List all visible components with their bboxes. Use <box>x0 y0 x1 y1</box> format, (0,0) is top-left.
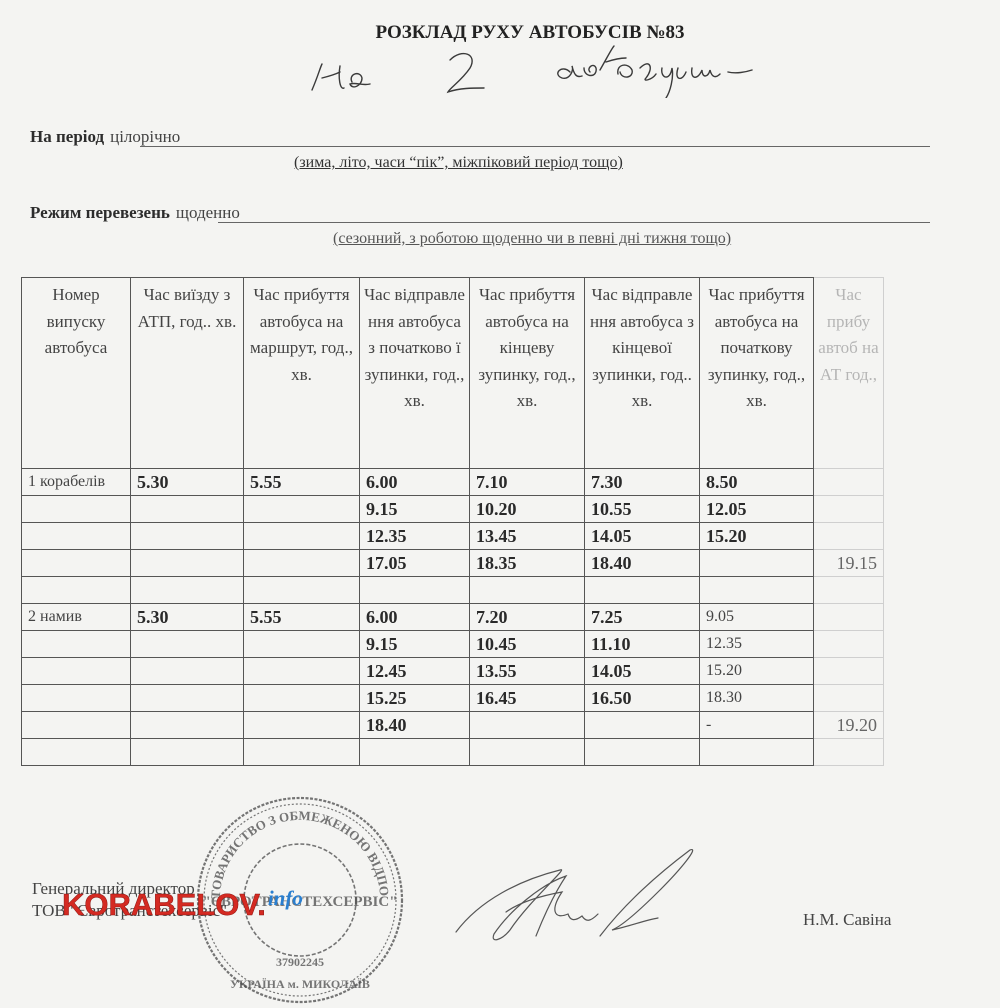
cell-terminal-departure: 16.50 <box>585 685 700 712</box>
cell-bus-number <box>22 712 131 739</box>
stamp-bottom-text: УКРАЇНА м. МИКОЛАЇВ <box>230 977 370 991</box>
watermark-brand: KORABELOV. <box>62 887 266 922</box>
cell-depot-arrival <box>814 658 884 685</box>
cell-route-arrival: 5.55 <box>244 604 360 631</box>
cell-terminal-departure: 11.10 <box>585 631 700 658</box>
signature-scribble-icon <box>450 840 720 950</box>
cell-start-departure <box>360 739 470 766</box>
table-row: 15.2516.4516.5018.30 <box>22 685 884 712</box>
table-row <box>22 577 884 604</box>
cell-start-arrival <box>700 577 814 604</box>
cell-route-arrival <box>244 658 360 685</box>
cell-depot-departure <box>131 685 244 712</box>
cell-route-arrival <box>244 550 360 577</box>
cell-terminal-arrival <box>470 739 585 766</box>
cell-depot-departure <box>131 712 244 739</box>
cell-route-arrival <box>244 577 360 604</box>
cell-depot-arrival <box>814 685 884 712</box>
cell-depot-departure: 5.30 <box>131 604 244 631</box>
period-field: На періодцілорічно <box>30 127 180 147</box>
cell-terminal-departure: 7.30 <box>585 469 700 496</box>
cell-depot-departure <box>131 496 244 523</box>
cell-terminal-arrival: 7.10 <box>470 469 585 496</box>
cell-start-departure <box>360 577 470 604</box>
cell-start-departure: 12.45 <box>360 658 470 685</box>
cell-start-departure: 6.00 <box>360 604 470 631</box>
cell-depot-departure <box>131 658 244 685</box>
table-header-row: Номер випуску автобуса Час виїзду з АТП,… <box>22 278 884 469</box>
table-row: 12.4513.5514.0515.20 <box>22 658 884 685</box>
cell-bus-number <box>22 658 131 685</box>
cell-terminal-arrival: 13.55 <box>470 658 585 685</box>
schedule-table: Номер випуску автобуса Час виїзду з АТП,… <box>21 277 884 766</box>
cell-depot-arrival <box>814 469 884 496</box>
handwritten-note <box>300 38 860 98</box>
watermark-suffix: info <box>268 886 303 910</box>
cell-terminal-arrival <box>470 712 585 739</box>
cell-bus-number <box>22 739 131 766</box>
cell-terminal-departure <box>585 577 700 604</box>
cell-start-departure: 18.40 <box>360 712 470 739</box>
cell-terminal-departure: 7.25 <box>585 604 700 631</box>
cell-start-arrival: 12.35 <box>700 631 814 658</box>
cell-start-arrival: 18.30 <box>700 685 814 712</box>
cell-depot-arrival <box>814 496 884 523</box>
cell-depot-departure: 5.30 <box>131 469 244 496</box>
period-label: На період <box>30 127 104 146</box>
table-row: 12.3513.4514.0515.20 <box>22 523 884 550</box>
cell-start-departure: 12.35 <box>360 523 470 550</box>
cell-depot-arrival <box>814 523 884 550</box>
cell-terminal-departure <box>585 712 700 739</box>
signer-name: Н.М. Савіна <box>803 910 891 930</box>
cell-depot-arrival <box>814 604 884 631</box>
header-terminal-departure: Час відправле ння автобуса з кінцевої зу… <box>585 278 700 469</box>
mode-field: Режим перевезеньщоденно <box>30 203 240 223</box>
cell-route-arrival: 5.55 <box>244 469 360 496</box>
cell-start-departure: 9.15 <box>360 631 470 658</box>
cell-route-arrival <box>244 631 360 658</box>
cell-bus-number: 2 намив <box>22 604 131 631</box>
table-row: 17.0518.3518.4019.15 <box>22 550 884 577</box>
cell-terminal-departure: 18.40 <box>585 550 700 577</box>
cell-route-arrival <box>244 496 360 523</box>
cell-depot-departure <box>131 739 244 766</box>
cell-depot-arrival: 19.15 <box>814 550 884 577</box>
cell-start-arrival: 12.05 <box>700 496 814 523</box>
cell-depot-departure <box>131 550 244 577</box>
cell-start-arrival: - <box>700 712 814 739</box>
cell-start-arrival <box>700 739 814 766</box>
cell-bus-number <box>22 631 131 658</box>
cell-terminal-arrival: 7.20 <box>470 604 585 631</box>
header-start-departure: Час відправле ння автобуса з початково ї… <box>360 278 470 469</box>
cell-terminal-arrival: 10.20 <box>470 496 585 523</box>
cell-terminal-arrival: 13.45 <box>470 523 585 550</box>
handwritten-note-scribble <box>300 38 860 98</box>
cell-terminal-arrival: 10.45 <box>470 631 585 658</box>
cell-route-arrival <box>244 685 360 712</box>
table-row <box>22 739 884 766</box>
cell-depot-arrival <box>814 631 884 658</box>
cell-route-arrival <box>244 523 360 550</box>
cell-bus-number <box>22 685 131 712</box>
cell-bus-number <box>22 577 131 604</box>
cell-terminal-arrival: 18.35 <box>470 550 585 577</box>
cell-depot-arrival: 19.20 <box>814 712 884 739</box>
cell-bus-number <box>22 523 131 550</box>
korabelov-watermark: KORABELOV.info <box>62 887 303 923</box>
cell-start-arrival <box>700 550 814 577</box>
cell-start-arrival: 15.20 <box>700 658 814 685</box>
cell-terminal-arrival <box>470 577 585 604</box>
header-depot-departure: Час виїзду з АТП, год.. хв. <box>131 278 244 469</box>
cell-start-arrival: 9.05 <box>700 604 814 631</box>
period-value: цілорічно <box>110 127 180 146</box>
header-bus-number: Номер випуску автобуса <box>22 278 131 469</box>
cell-start-departure: 9.15 <box>360 496 470 523</box>
mode-underline <box>218 222 930 223</box>
cell-terminal-departure: 10.55 <box>585 496 700 523</box>
header-terminal-arrival: Час прибуття автобуса на кінцеву зупинку… <box>470 278 585 469</box>
cell-terminal-arrival: 16.45 <box>470 685 585 712</box>
cell-start-departure: 17.05 <box>360 550 470 577</box>
cell-terminal-departure: 14.05 <box>585 658 700 685</box>
cell-depot-arrival <box>814 577 884 604</box>
cell-depot-arrival <box>814 739 884 766</box>
cell-route-arrival <box>244 739 360 766</box>
cell-start-departure: 15.25 <box>360 685 470 712</box>
cell-bus-number: 1 корабелів <box>22 469 131 496</box>
table-row: 2 намив5.305.556.007.207.259.05 <box>22 604 884 631</box>
mode-label: Режим перевезень <box>30 203 170 222</box>
period-underline <box>140 146 930 147</box>
cell-bus-number <box>22 496 131 523</box>
cell-start-arrival: 15.20 <box>700 523 814 550</box>
signature <box>450 840 720 950</box>
table-row: 1 корабелів5.305.556.007.107.308.50 <box>22 469 884 496</box>
mode-hint: (сезонний, з роботою щоденно чи в певні … <box>333 230 731 248</box>
cell-start-arrival: 8.50 <box>700 469 814 496</box>
cell-terminal-departure: 14.05 <box>585 523 700 550</box>
cell-depot-departure <box>131 577 244 604</box>
stamp-code: 37902245 <box>276 955 324 969</box>
table-row: 18.40-19.20 <box>22 712 884 739</box>
cell-depot-departure <box>131 631 244 658</box>
cell-start-departure: 6.00 <box>360 469 470 496</box>
cell-route-arrival <box>244 712 360 739</box>
header-start-arrival: Час прибуття автобуса на початкову зупин… <box>700 278 814 469</box>
period-hint: (зима, літо, часи “пік”, міжпіковий пері… <box>294 154 623 172</box>
header-route-arrival: Час прибуття автобуса на маршрут, год., … <box>244 278 360 469</box>
cell-depot-departure <box>131 523 244 550</box>
mode-value: щоденно <box>176 203 240 222</box>
cell-terminal-departure <box>585 739 700 766</box>
table-row: 9.1510.4511.1012.35 <box>22 631 884 658</box>
table-body: 1 корабелів5.305.556.007.107.308.509.151… <box>22 469 884 766</box>
cell-bus-number <box>22 550 131 577</box>
header-depot-arrival: Час прибу автоб на АТ год., <box>814 278 884 469</box>
table-row: 9.1510.2010.5512.05 <box>22 496 884 523</box>
